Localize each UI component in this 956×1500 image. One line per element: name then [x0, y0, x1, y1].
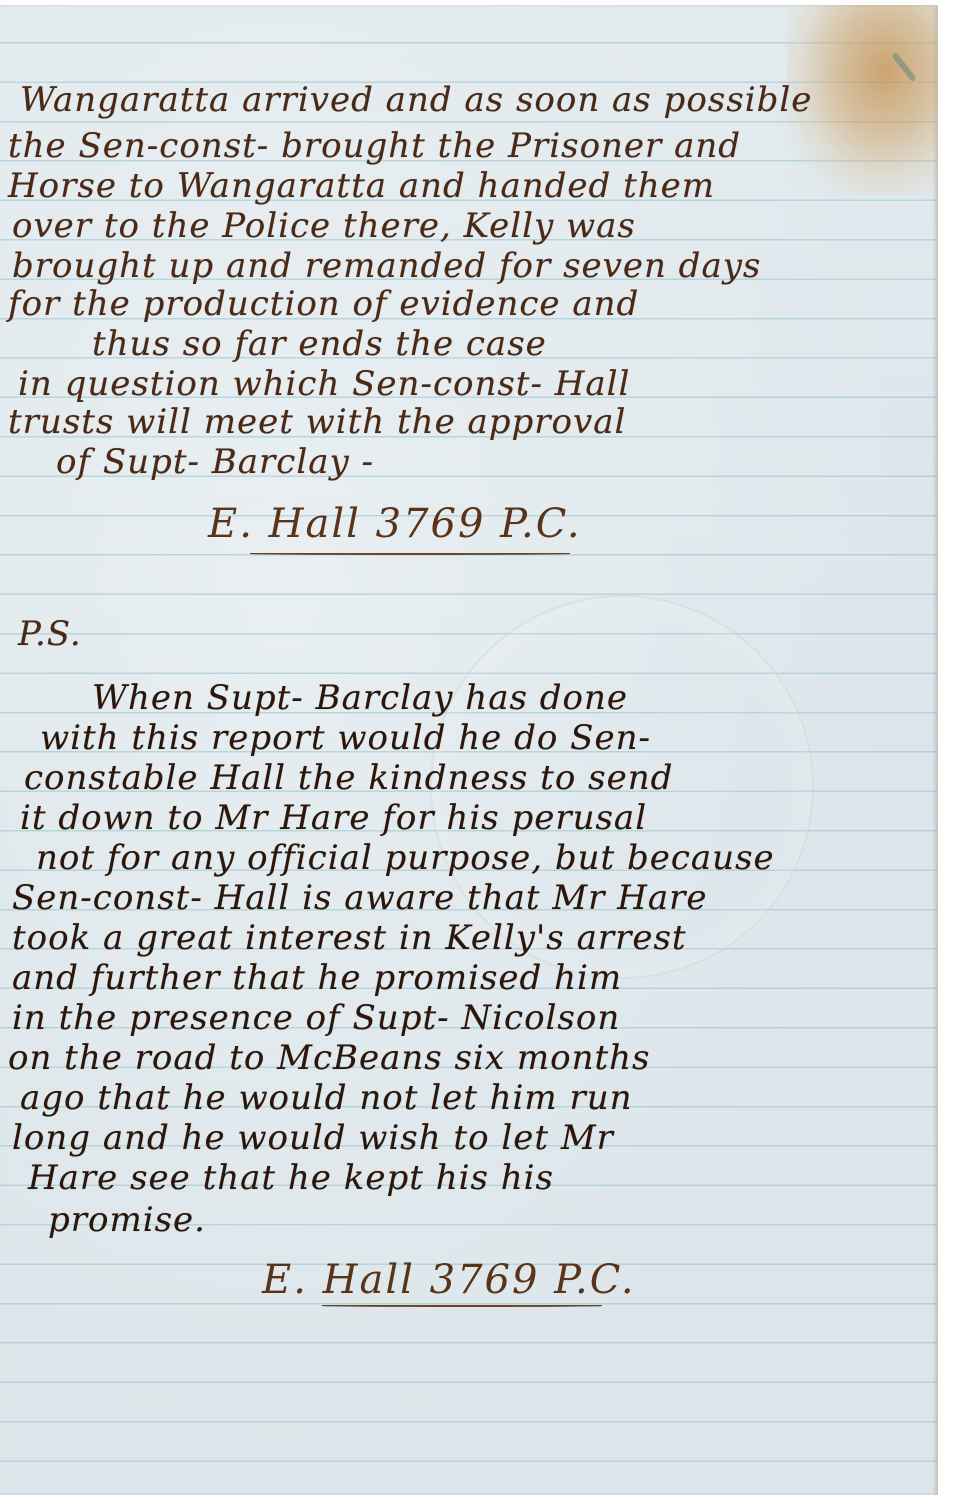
postscript-line: took a great interest in Kelly's arrest — [12, 921, 687, 955]
postscript-line: in the presence of Supt- Nicolson — [12, 1001, 620, 1035]
signature-underline — [250, 553, 570, 555]
body-line: Horse to Wangaratta and handed them — [8, 169, 715, 203]
postscript-line: and further that he promised him — [12, 961, 622, 995]
body-line: trusts will meet with the approval — [8, 405, 626, 439]
postscript-line: constable Hall the kindness to send — [24, 761, 673, 795]
signature: E. Hall 3769 P.C. — [208, 501, 582, 547]
postscript-line: with this report would he do Sen- — [40, 721, 651, 755]
body-line: in question which Sen-const- Hall — [18, 367, 630, 401]
body-line: of Supt- Barclay - — [56, 445, 374, 479]
body-line: thus so far ends the case — [92, 327, 547, 361]
postscript-line: long and he would wish to let Mr — [12, 1121, 614, 1155]
postscript-line: promise. — [48, 1203, 206, 1237]
postscript-line: When Supt- Barclay has done — [92, 681, 628, 715]
body-line: Wangaratta arrived and as soon as possib… — [20, 83, 812, 117]
body-line: over to the Police there, Kelly was — [12, 209, 636, 243]
body-line: the Sen-const- brought the Prisoner and — [8, 129, 741, 163]
stain-mark — [891, 52, 917, 82]
body-line: brought up and remanded for seven days — [12, 249, 761, 283]
postscript-label: P.S. — [18, 617, 82, 651]
postscript-line: on the road to McBeans six months — [8, 1041, 650, 1075]
document-page: Wangaratta arrived and as soon as possib… — [0, 5, 938, 1495]
postscript-line: it down to Mr Hare for his perusal — [20, 801, 647, 835]
postscript-line: not for any official purpose, but becaus… — [36, 841, 775, 875]
signature: E. Hall 3769 P.C. — [262, 1257, 636, 1303]
body-line: for the production of evidence and — [8, 287, 639, 321]
postscript-line: Sen-const- Hall is aware that Mr Hare — [12, 881, 708, 915]
postscript-line: Hare see that he kept his his — [28, 1161, 554, 1195]
signature-underline — [322, 1305, 602, 1307]
postscript-line: ago that he would not let him run — [20, 1081, 633, 1115]
